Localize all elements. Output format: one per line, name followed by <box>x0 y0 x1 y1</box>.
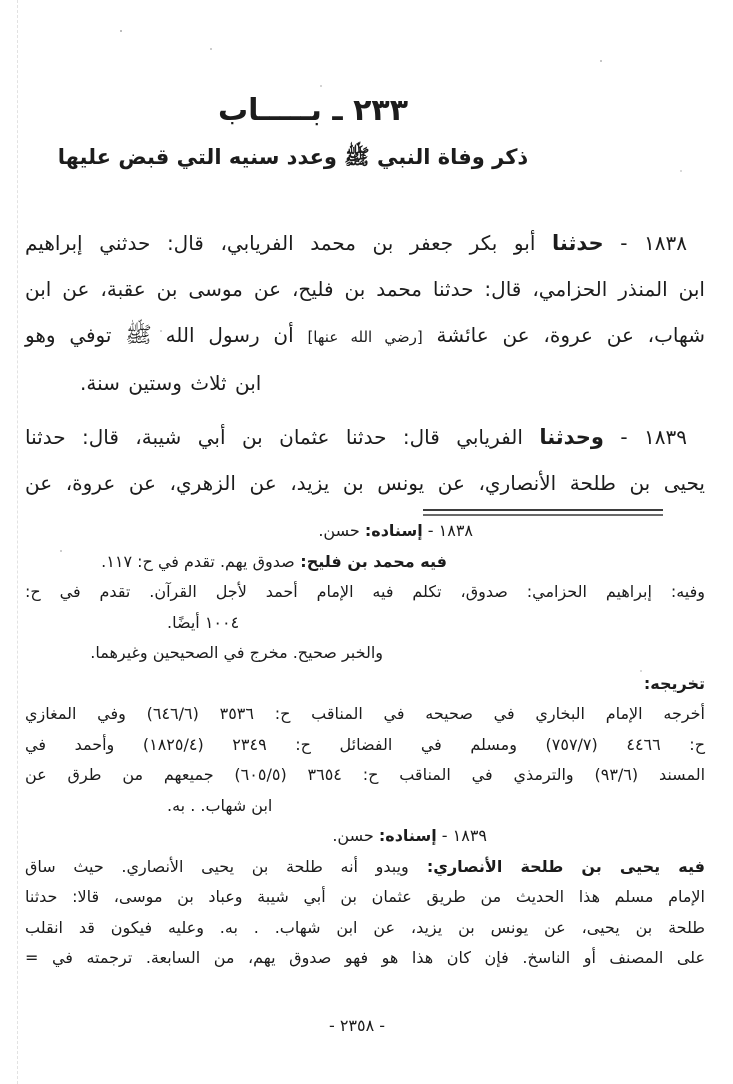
footnote-1839-number: ١٨٣٩ - <box>437 826 487 845</box>
radiallahu-anha-bracket: [رضي الله عنها] <box>307 328 422 346</box>
wahaddathana-calligraphic: وحدثنا <box>539 425 604 449</box>
narrator-fulayh-assessment: صدوق يهم. تقدم في ح: ١١٧. <box>101 552 295 571</box>
takhrij-line-2: ح: ٤٤٦٦ (٧٥٧/٧) ومسلم في الفضائل ح: ٢٣٤٩… <box>25 730 705 761</box>
hadith-1839-line-2: يحيى بن طلحة الأنصاري، عن يونس بن يزيد، … <box>25 460 705 506</box>
footnote-narrator-hizami-line-1: وفيه: إبراهيم الحزامي: صدوق، تكلم فيه ال… <box>25 577 705 608</box>
hadith-1838-paragraph: ١٨٣٨ - حدثنا أبو بكر جعفر بن محمد الفريا… <box>25 220 705 406</box>
footnote-1838-grade: ١٨٣٨ - إسناده: حسن. <box>25 516 705 547</box>
narrator-fulayh-name: فيه محمد بن فليح: <box>295 552 447 571</box>
footnote-separator-rule <box>423 509 663 516</box>
footnote-narrator-fulayh: فيه محمد بن فليح: صدوق يهم. تقدم في ح: ١… <box>25 547 705 578</box>
page-number: - ٢٣٥٨ - <box>17 1016 697 1035</box>
footnote-narrator-talha-line-3: طلحة بن يحيى، عن يونس بن يزيد، عن ابن شه… <box>25 913 705 944</box>
haddathana-calligraphic: حدثنا <box>552 231 604 255</box>
hadith-1839-number: ١٨٣٩ - <box>604 425 687 449</box>
hadith-1838-line-1: ١٨٣٨ - حدثنا أبو بكر جعفر بن محمد الفريا… <box>25 220 705 266</box>
hadith-1838-line-4: ابن ثلاث وستين سنة. <box>25 360 705 406</box>
isnaduhu-label-1839: إسناده: <box>379 826 437 845</box>
footnote-1838-number: ١٨٣٨ - <box>423 521 473 540</box>
page-content: ٢٣٣ ـ بـــــاب ذكر وفاة النبي ﷺ وعدد سني… <box>0 90 733 1035</box>
footnote-1839-grade-value: حسن. <box>332 826 379 845</box>
footnotes-section: ١٨٣٨ - إسناده: حسن. فيه محمد بن فليح: صد… <box>25 516 705 974</box>
takhrij-line-3: المسند (٩٣/٦) والترمذي في المناقب ح: ٣٦٥… <box>25 760 705 791</box>
book-page: ٢٣٣ ـ بـــــاب ذكر وفاة النبي ﷺ وعدد سني… <box>0 0 733 1084</box>
footnote-narrator-talha-line-4: على المصنف أو الناسخ. فإن كان هذا هو فهو… <box>25 943 705 974</box>
footnote-1839-grade: ١٨٣٩ - إسناده: حسن. <box>25 821 705 852</box>
scan-noise-specks <box>120 30 122 32</box>
isnaduhu-label: إسناده: <box>365 521 423 540</box>
takhrij-line-4: ابن شهاب. . به. <box>25 791 705 822</box>
hadith-1838-line-3: شهاب، عن عروة، عن عائشة [رضي الله عنها] … <box>25 312 705 360</box>
hadith-1839-line-1: ١٨٣٩ - وحدثنا الفريابي قال: حدثنا عثمان … <box>25 414 705 460</box>
takhrij-line-1: أخرجه الإمام البخاري في صحيحه في المناقب… <box>25 699 705 730</box>
footnote-narrator-talha-line-2: الإمام مسلم هذا الحديث من طريق عثمان بن … <box>25 882 705 913</box>
footnote-narrator-hizami-line-2: ١٠٠٤ أيضًا. <box>25 608 705 639</box>
narrator-talha-assessment: ويبدو أنه طلحة بن يحيى الأنصاري. حيث ساق <box>25 857 409 876</box>
hadith-1839-line-1-text: الفريابي قال: حدثنا عثمان بن أبي شيبة، ق… <box>25 425 539 449</box>
chapter-subtitle: ذكر وفاة النبي ﷺ وعدد سنيه التي قبض عليه… <box>0 142 633 172</box>
hadith-1838-number: ١٨٣٨ - <box>604 231 687 255</box>
takhrij-heading: تخريجه: <box>25 669 705 700</box>
hadith-1839-paragraph: ١٨٣٩ - وحدثنا الفريابي قال: حدثنا عثمان … <box>25 414 705 506</box>
footnote-1838-grade-value: حسن. <box>318 521 365 540</box>
hadith-1838-line-1-text: أبو بكر جعفر بن محمد الفريابي، قال: حدثن… <box>25 231 552 255</box>
sallallahu-alayhi-wasallam-symbol: ﷺ <box>125 323 152 348</box>
hadith-1838-line-2: ابن المنذر الحزامي، قال: حدثنا محمد بن ف… <box>25 266 705 312</box>
hadith-1838-line-3-text-c: توفي وهو <box>25 323 125 347</box>
chapter-heading: ٢٣٣ ـ بـــــاب <box>0 90 653 132</box>
footnote-verdict: والخبر صحيح. مخرج في الصحيحين وغيرهما. <box>25 638 705 669</box>
footnote-narrator-talha-line-1: فيه يحيى بن طلحة الأنصاري: ويبدو أنه طلح… <box>25 852 705 883</box>
hadith-1838-line-3-text-a: شهاب، عن عروة، عن عائشة <box>423 323 705 347</box>
hadith-1838-line-3-text-b: أن رسول الله <box>152 323 308 347</box>
narrator-talha-name: فيه يحيى بن طلحة الأنصاري: <box>409 857 705 876</box>
